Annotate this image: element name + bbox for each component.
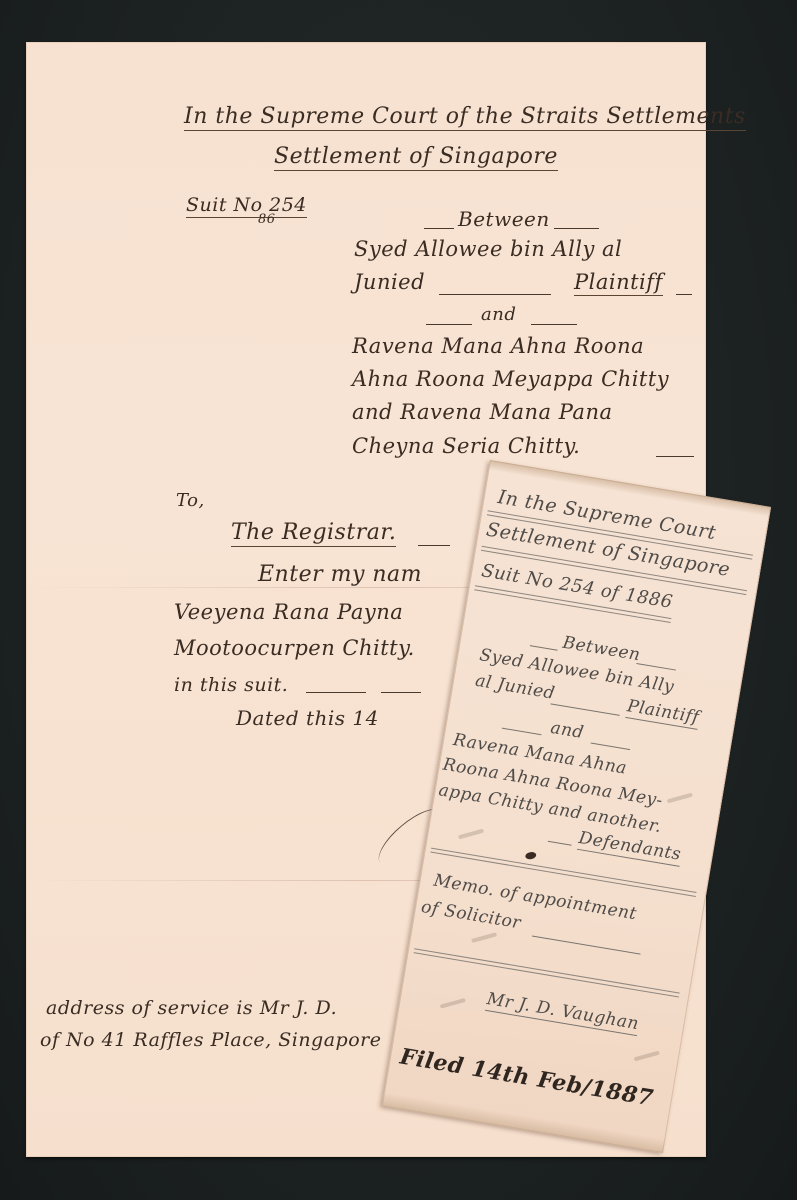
rule <box>439 294 551 295</box>
rule <box>676 294 692 295</box>
note-defendants-role: Defendants <box>577 828 683 867</box>
ink-blot <box>525 851 537 860</box>
body-line4: in this suit. <box>174 674 288 696</box>
dated-line: Dated this 14 <box>236 706 379 730</box>
note-and-label: and <box>549 718 585 743</box>
body-line2: Veeyena Rana Payna <box>174 600 403 624</box>
between-label: Between <box>458 207 550 231</box>
ink-smudge <box>471 932 497 943</box>
ink-smudge <box>634 1051 660 1062</box>
ink-smudge <box>458 829 484 840</box>
defendants-line3: and Ravena Mana Pana <box>352 400 612 424</box>
rule <box>548 841 572 846</box>
defendants-line4: Cheyna Seria Chitty. <box>352 434 580 458</box>
plaintiff-name-line2: Junied <box>354 270 425 294</box>
body-line3: Mootoocurpen Chitty. <box>174 636 415 660</box>
court-heading-line2: Settlement of Singapore <box>274 144 558 171</box>
rule <box>551 703 620 716</box>
suit-number: Suit No 254 <box>186 194 307 218</box>
note-plaintiff-role: Plaintiff <box>625 696 700 730</box>
rule <box>530 645 558 651</box>
address-line1: address of service is Mr J. D. <box>46 997 337 1019</box>
rule <box>636 663 676 671</box>
rule <box>502 728 542 736</box>
rule <box>531 324 577 325</box>
suit-year: 86 <box>258 212 276 227</box>
plaintiff-name-line1: Syed Allowee bin Ally al <box>354 237 622 261</box>
solicitor-name: Mr J. D. Vaughan <box>485 989 640 1036</box>
defendants-line2: Ahna Roona Meyappa Chitty <box>352 367 669 391</box>
rule <box>426 324 472 325</box>
body-line1: Enter my nam <box>258 562 422 587</box>
rule <box>656 456 694 457</box>
rule <box>381 692 421 693</box>
to-label: To, <box>176 490 205 511</box>
plaintiff-role: Plaintiff <box>574 270 663 296</box>
court-heading-line1: In the Supreme Court of the Straits Sett… <box>184 104 746 131</box>
addressee: The Registrar. <box>231 520 396 547</box>
rule <box>418 545 450 546</box>
rule <box>424 228 454 229</box>
defendants-line1: Ravena Mana Ahna Roona <box>352 334 644 358</box>
ink-smudge <box>667 793 693 804</box>
double-rule <box>414 948 680 997</box>
filed-date: Filed 14th Feb/1887 <box>398 1044 655 1112</box>
ink-smudge <box>440 998 466 1009</box>
address-line2: of No 41 Raffles Place, Singapore <box>40 1029 381 1051</box>
rule <box>306 692 366 693</box>
and-label: and <box>481 304 516 325</box>
rule <box>591 743 631 751</box>
rule <box>532 935 641 954</box>
rule <box>554 228 599 229</box>
